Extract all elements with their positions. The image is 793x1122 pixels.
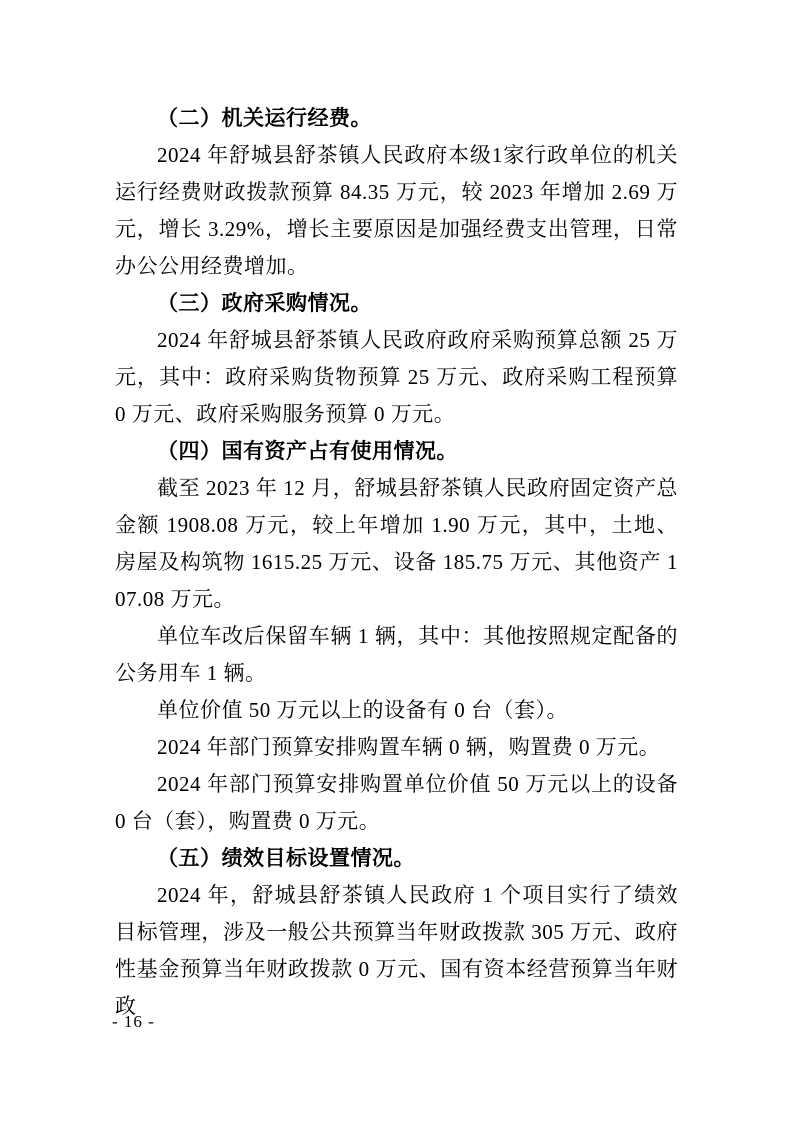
section-heading-government-procurement: （三）政府采购情况。 [115, 285, 678, 322]
body-paragraph-retained-vehicles: 单位车改后保留车辆 1 辆，其中：其他按照规定配备的公务用车 1 辆。 [115, 618, 678, 692]
body-paragraph-organ-operating-funds: 2024 年舒城县舒茶镇人民政府本级1家行政单位的机关运行经费财政拨款预算 84… [115, 137, 678, 285]
body-paragraph-equipment-over-500k: 单位价值 50 万元以上的设备有 0 台（套）。 [115, 692, 678, 729]
body-paragraph-government-procurement: 2024 年舒城县舒茶镇人民政府政府采购预算总额 25 万元，其中：政府采购货物… [115, 322, 678, 433]
document-page: （二）机关运行经费。 2024 年舒城县舒茶镇人民政府本级1家行政单位的机关运行… [0, 0, 793, 1122]
body-paragraph-fixed-assets: 截至 2023 年 12 月，舒城县舒茶镇人民政府固定资产总金额 1908.08… [115, 470, 678, 618]
section-heading-organ-operating-funds: （二）机关运行经费。 [115, 100, 678, 137]
body-paragraph-performance-targets: 2024 年，舒城县舒茶镇人民政府 1 个项目实行了绩效目标管理，涉及一般公共预… [115, 877, 678, 1025]
body-paragraph-vehicle-purchase-budget: 2024 年部门预算安排购置车辆 0 辆，购置费 0 万元。 [115, 729, 678, 766]
page-number: - 16 - [112, 1012, 155, 1032]
section-heading-performance-targets: （五）绩效目标设置情况。 [115, 840, 678, 877]
body-paragraph-equipment-purchase-budget: 2024 年部门预算安排购置单位价值 50 万元以上的设备 0 台（套），购置费… [115, 766, 678, 840]
section-heading-state-owned-assets: （四）国有资产占有使用情况。 [115, 433, 678, 470]
document-content: （二）机关运行经费。 2024 年舒城县舒茶镇人民政府本级1家行政单位的机关运行… [115, 100, 678, 1025]
